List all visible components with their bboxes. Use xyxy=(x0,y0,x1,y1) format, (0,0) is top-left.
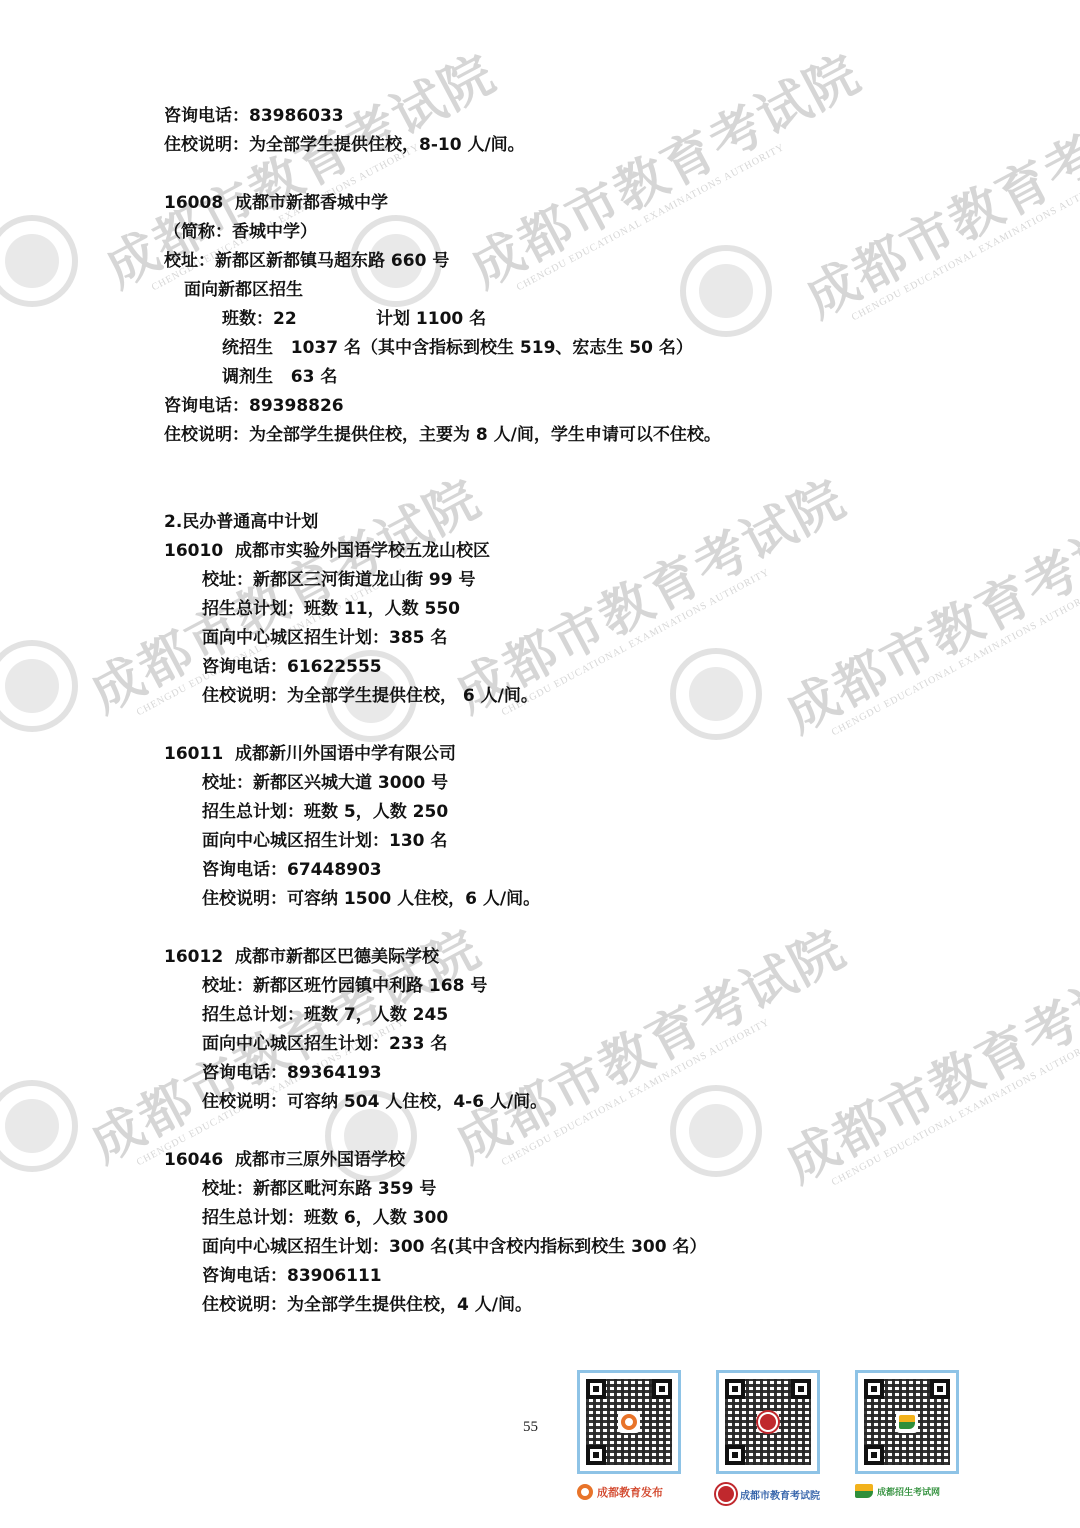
class-plan-row: 班数：22计划 1100 名 xyxy=(164,305,1020,334)
school-address: 校址：新都区毗河东路 359 号 xyxy=(164,1175,1020,1204)
school-title: 16011 成都新川外国语中学有限公司 xyxy=(164,740,1020,769)
seal-logo-icon xyxy=(758,1412,778,1432)
phone-line: 咨询电话：83906111 xyxy=(164,1262,1020,1291)
qr-code-icon[interactable] xyxy=(577,1370,681,1474)
school-address: 校址：新都区兴城大道 3000 号 xyxy=(164,769,1020,798)
central-plan: 面向中心城区招生计划：233 名 xyxy=(164,1030,1020,1059)
qr-block-exam-authority: 成都市教育考试院 xyxy=(716,1370,820,1504)
seal-logo-icon xyxy=(716,1484,736,1504)
seal-watermark-icon xyxy=(0,640,78,732)
total-plan: 招生总计划：班数 11，人数 550 xyxy=(164,595,1020,624)
total-plan: 招生总计划：班数 6，人数 300 xyxy=(164,1204,1020,1233)
boarding-line: 住校说明：为全部学生提供住校，4 人/间。 xyxy=(164,1291,1020,1320)
school-entry: 16010 成都市实验外国语学校五龙山校区 校址：新都区三河街道龙山街 99 号… xyxy=(164,537,1020,711)
qr-label: 成都市教育考试院 xyxy=(740,1487,820,1502)
seal-watermark-icon xyxy=(0,1080,78,1172)
boarding-line: 住校说明：为全部学生提供住校， 6 人/间。 xyxy=(164,682,1020,711)
boarding-line: 住校说明：为全部学生提供住校，主要为 8 人/间，学生申请可以不住校。 xyxy=(164,421,1020,450)
school-address: 校址：新都区三河街道龙山街 99 号 xyxy=(164,566,1020,595)
school-title: 16008 成都市新都香城中学 xyxy=(164,189,1020,218)
class-count: 班数：22 xyxy=(222,305,376,334)
unified-enrollment: 统招生 1037 名（其中含指标到校生 519、宏志生 50 名） xyxy=(164,334,1020,363)
phone-line: 咨询电话：61622555 xyxy=(164,653,1020,682)
school-address: 校址：新都区班竹园镇中利路 168 号 xyxy=(164,972,1020,1001)
phone-line: 咨询电话：67448903 xyxy=(164,856,1020,885)
boarding-line: 住校说明：可容纳 1500 人住校，6 人/间。 xyxy=(164,885,1020,914)
central-plan: 面向中心城区招生计划：130 名 xyxy=(164,827,1020,856)
school-address: 校址：新都区新都镇马超东路 660 号 xyxy=(164,247,1020,276)
school-entry: 16046 成都市三原外国语学校 校址：新都区毗河东路 359 号 招生总计划：… xyxy=(164,1146,1020,1320)
school-entry: 16011 成都新川外国语中学有限公司 校址：新都区兴城大道 3000 号 招生… xyxy=(164,740,1020,914)
section-heading: 2.民办普通高中计划 xyxy=(164,508,1020,537)
adjusted-enrollment: 调剂生 63 名 xyxy=(164,363,1020,392)
qr-label: 成都招生考试网 xyxy=(877,1485,940,1498)
total-plan: 招生总计划：班数 5，人数 250 xyxy=(164,798,1020,827)
central-plan: 面向中心城区招生计划：300 名(其中含校内指标到校生 300 名） xyxy=(164,1233,1020,1262)
page-number: 55 xyxy=(523,1419,538,1436)
total-plan: 招生总计划：班数 7，人数 245 xyxy=(164,1001,1020,1030)
qr-block-admissions-site: 成都招生考试网 xyxy=(855,1370,959,1498)
phone-line: 咨询电话：83986033 xyxy=(164,102,1020,131)
school-title: 16046 成都市三原外国语学校 xyxy=(164,1146,1020,1175)
flag-logo-icon xyxy=(899,1415,915,1429)
flag-logo-icon xyxy=(855,1484,873,1498)
qr-code-icon[interactable] xyxy=(855,1370,959,1474)
school-entry: 16012 成都市新都区巴德美际学校 校址：新都区班竹园镇中利路 168 号 招… xyxy=(164,943,1020,1117)
school-title: 16010 成都市实验外国语学校五龙山校区 xyxy=(164,537,1020,566)
sun-logo-icon xyxy=(621,1414,637,1430)
seal-watermark-icon xyxy=(0,215,78,307)
qr-block-chengdu-education: 成都教育发布 xyxy=(577,1370,681,1500)
phone-line: 咨询电话：89398826 xyxy=(164,392,1020,421)
sun-logo-icon xyxy=(577,1484,593,1500)
phone-line: 咨询电话：89364193 xyxy=(164,1059,1020,1088)
central-plan: 面向中心城区招生计划：385 名 xyxy=(164,624,1020,653)
qr-code-icon[interactable] xyxy=(716,1370,820,1474)
boarding-line: 住校说明：可容纳 504 人住校，4-6 人/间。 xyxy=(164,1088,1020,1117)
document-body: 咨询电话：83986033 住校说明：为全部学生提供住校，8-10 人/间。 1… xyxy=(164,102,1020,1320)
school-short-name: （简称：香城中学） xyxy=(164,218,1020,247)
total-plan: 计划 1100 名 xyxy=(376,309,486,329)
boarding-line: 住校说明：为全部学生提供住校，8-10 人/间。 xyxy=(164,131,1020,160)
enrollment-scope: 面向新都区招生 xyxy=(164,276,1020,305)
school-entry-16008: 16008 成都市新都香城中学 （简称：香城中学） 校址：新都区新都镇马超东路 … xyxy=(164,189,1020,450)
school-title: 16012 成都市新都区巴德美际学校 xyxy=(164,943,1020,972)
qr-label: 成都教育发布 xyxy=(597,1484,663,1500)
